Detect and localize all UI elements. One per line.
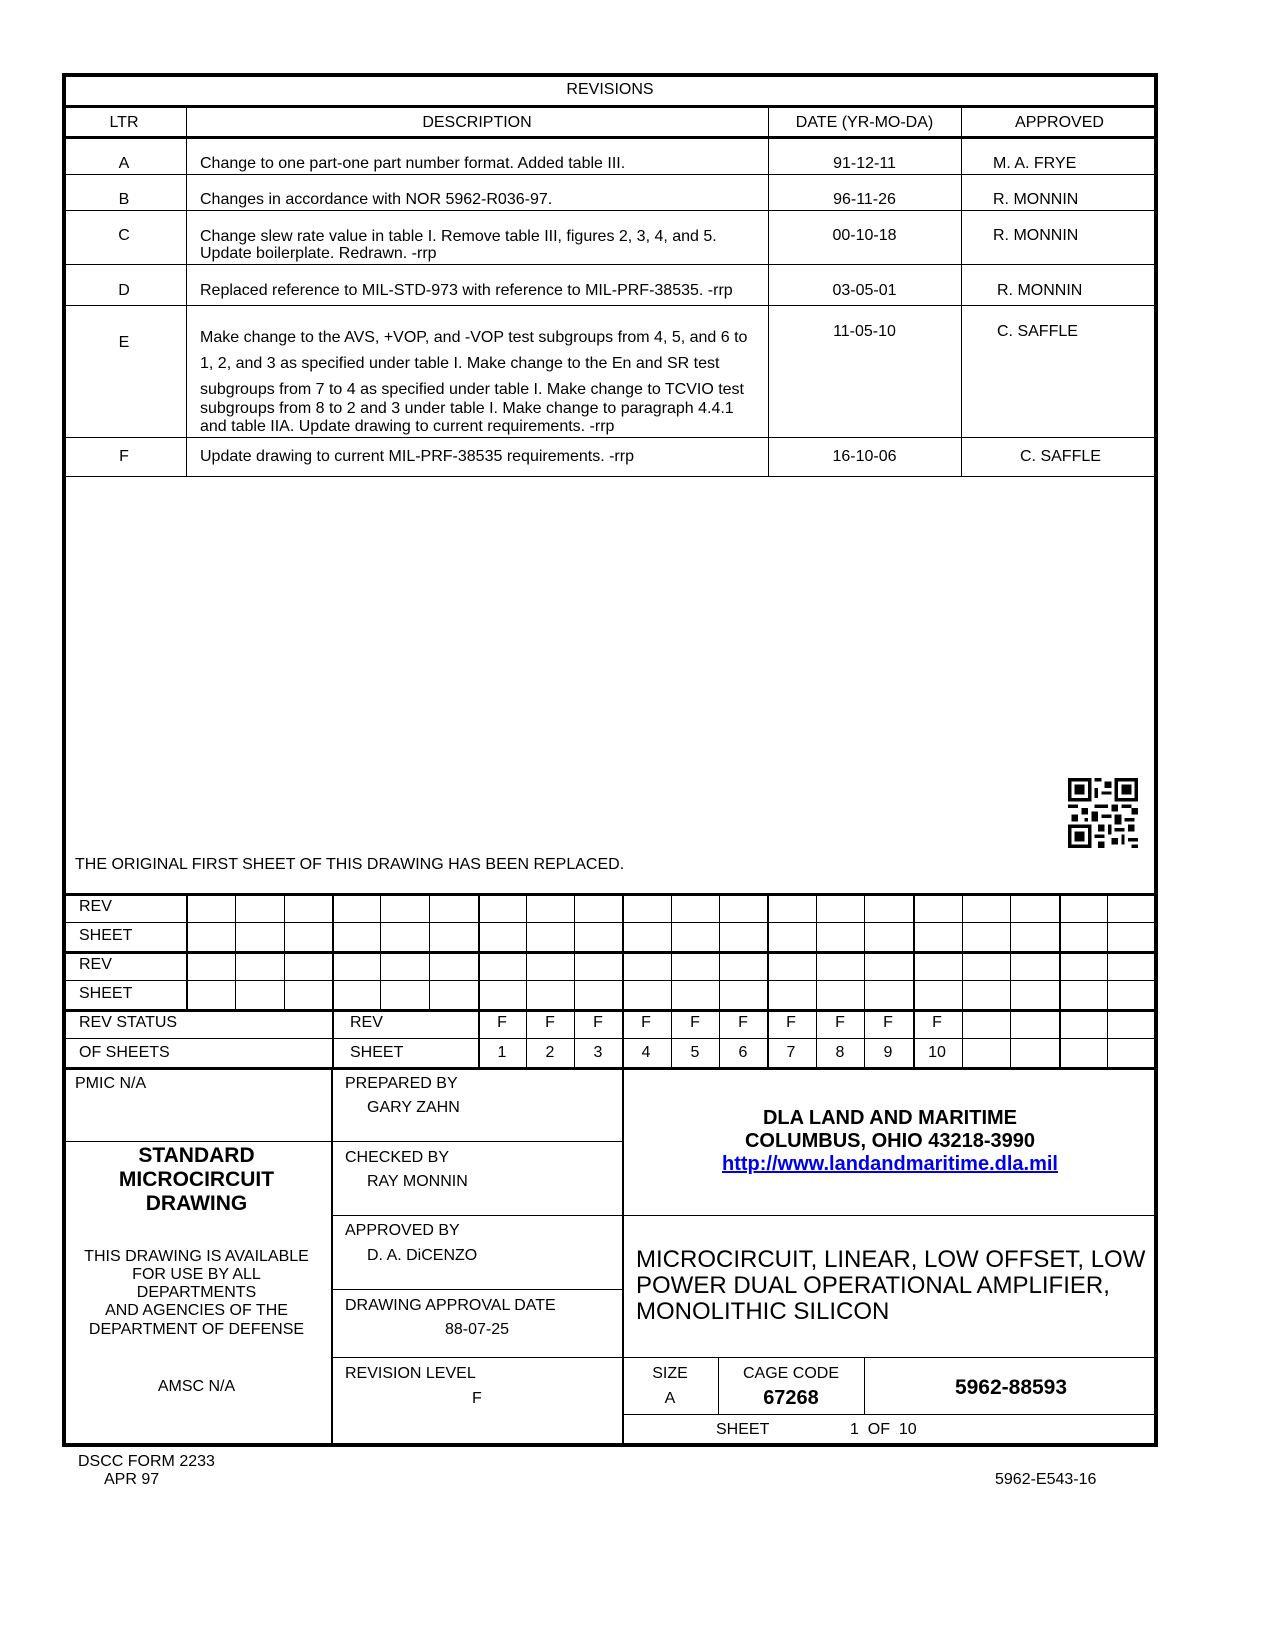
grid-line bbox=[1010, 893, 1011, 1009]
revision-approver: C. SAFFLE bbox=[997, 323, 1078, 341]
grid-line bbox=[574, 893, 575, 1009]
revision-date: 16-10-06 bbox=[768, 448, 961, 466]
grid-line bbox=[864, 893, 865, 1009]
revision-description: subgroups from 8 to 2 and 3 under table … bbox=[200, 400, 734, 418]
divider bbox=[62, 437, 1158, 438]
grid-line bbox=[622, 893, 624, 1009]
grid-line bbox=[1010, 1009, 1011, 1067]
sheet-rev-cell: F bbox=[816, 1014, 864, 1032]
grid-row-label: REV bbox=[79, 956, 112, 974]
revision-ltr: F bbox=[62, 448, 186, 466]
grid-line bbox=[1059, 893, 1061, 1009]
grid-line bbox=[1059, 1009, 1061, 1067]
divider bbox=[62, 264, 1158, 265]
revision-description: and table IIA. Update drawing to current… bbox=[200, 418, 614, 436]
revision-ltr: D bbox=[62, 282, 186, 300]
revision-approver: R. MONNIN bbox=[993, 191, 1078, 209]
org-address: COLUMBUS, OHIO 43218-3990 bbox=[622, 1130, 1158, 1153]
cage-code-value: 67268 bbox=[718, 1387, 864, 1409]
revision-approver: R. MONNIN bbox=[993, 227, 1078, 245]
size-label: SIZE bbox=[622, 1365, 718, 1383]
sheet-number-cell: 2 bbox=[526, 1044, 574, 1062]
form-date: APR 97 bbox=[104, 1471, 159, 1489]
divider bbox=[62, 210, 1158, 211]
divider bbox=[331, 1289, 622, 1290]
grid-row-label: REV bbox=[79, 898, 112, 916]
revision-description: Replaced reference to MIL-STD-973 with r… bbox=[200, 282, 733, 300]
grid-line bbox=[235, 893, 236, 1009]
grid-line bbox=[332, 1009, 334, 1067]
revision-level-value: F bbox=[472, 1390, 482, 1408]
qr-code-icon bbox=[1068, 778, 1138, 848]
revision-ltr: B bbox=[62, 191, 186, 209]
sheet-number-cell: 4 bbox=[622, 1044, 670, 1062]
grid-line bbox=[913, 893, 915, 1009]
divider bbox=[62, 174, 1158, 175]
sheet-rev-cell: F bbox=[526, 1014, 574, 1032]
checked-by-value: RAY MONNIN bbox=[367, 1173, 468, 1191]
revision-description: Update boilerplate. Redrawn. -rrp bbox=[200, 246, 437, 262]
drawing-frame bbox=[62, 73, 1158, 1447]
revision-description: Changes in accordance with NOR 5962-R036… bbox=[200, 191, 552, 209]
grid-line bbox=[62, 980, 1158, 981]
revision-date: 11-05-10 bbox=[768, 323, 961, 341]
sheet-number-cell: 9 bbox=[864, 1044, 912, 1062]
sheet-label: SHEET bbox=[350, 1044, 403, 1062]
revision-approver: C. SAFFLE bbox=[1020, 448, 1101, 466]
sheet-rev-cell: F bbox=[864, 1014, 912, 1032]
grid-line bbox=[62, 1009, 1158, 1012]
grid-line bbox=[962, 893, 963, 1009]
prepared-by-value: GARY ZAHN bbox=[367, 1099, 460, 1117]
revision-approver: M. A. FRYE bbox=[993, 155, 1076, 173]
sheet-label: SHEET bbox=[716, 1421, 769, 1439]
grid-line bbox=[429, 893, 430, 1009]
divider bbox=[961, 107, 962, 477]
sheet-rev-cell: F bbox=[719, 1014, 767, 1032]
approved-by-label: APPROVED BY bbox=[345, 1222, 460, 1240]
divider bbox=[62, 105, 1158, 108]
divider bbox=[331, 1357, 1158, 1358]
revision-level-label: REVISION LEVEL bbox=[345, 1365, 476, 1383]
standard-heading: MICROCIRCUIT bbox=[62, 1168, 331, 1192]
divider bbox=[186, 107, 187, 477]
revision-date: 00-10-18 bbox=[768, 227, 961, 245]
revisions-title: REVISIONS bbox=[62, 81, 1158, 99]
divider bbox=[622, 1414, 1158, 1415]
grid-line bbox=[719, 893, 720, 1009]
divider bbox=[62, 1141, 622, 1142]
revision-ltr: A bbox=[62, 155, 186, 173]
rev-status-label: REV STATUS bbox=[79, 1014, 177, 1032]
sheet-number-cell: 5 bbox=[671, 1044, 719, 1062]
grid-row-label: SHEET bbox=[79, 985, 132, 1003]
revision-approver: R. MONNIN bbox=[997, 282, 1082, 300]
grid-line bbox=[62, 893, 1158, 896]
pmic-label: PMIC N/A bbox=[75, 1075, 146, 1093]
revision-description: Change to one part-one part number forma… bbox=[200, 155, 625, 173]
revision-description: Change slew rate value in table I. Remov… bbox=[200, 228, 717, 246]
revision-description: Make change to the AVS, +VOP, and -VOP t… bbox=[200, 329, 747, 347]
grid-line bbox=[1107, 1009, 1108, 1067]
divider bbox=[331, 1068, 333, 1446]
grid-line bbox=[62, 922, 1158, 923]
sheet-rev-cell: F bbox=[478, 1014, 526, 1032]
sheet-rev-cell: F bbox=[913, 1014, 961, 1032]
grid-line bbox=[767, 893, 769, 1009]
header-ltr: LTR bbox=[62, 114, 186, 132]
sheet-number-cell: 10 bbox=[913, 1044, 961, 1062]
availability-note: AND AGENCIES OF THE bbox=[62, 1302, 331, 1320]
drawing-title: MICROCIRCUIT, LINEAR, LOW OFFSET, LOW bbox=[636, 1247, 1145, 1272]
grid-line bbox=[62, 951, 1158, 954]
sheet-rev-cell: F bbox=[671, 1014, 719, 1032]
sheet-number-cell: 3 bbox=[574, 1044, 622, 1062]
approval-date-value: 88-07-25 bbox=[445, 1321, 509, 1339]
checked-by-label: CHECKED BY bbox=[345, 1149, 449, 1167]
prepared-by-label: PREPARED BY bbox=[345, 1075, 458, 1093]
grid-line bbox=[478, 893, 480, 1009]
form-number: DSCC FORM 2233 bbox=[78, 1453, 215, 1471]
cage-code-label: CAGE CODE bbox=[718, 1365, 864, 1383]
grid-line bbox=[284, 893, 285, 1009]
of-sheets-label: OF SHEETS bbox=[79, 1044, 170, 1062]
availability-note: THIS DRAWING IS AVAILABLE bbox=[62, 1248, 331, 1266]
sheet-rev-cell: F bbox=[622, 1014, 670, 1032]
document-id: 5962-E543-16 bbox=[995, 1471, 1096, 1489]
drawing-title: POWER DUAL OPERATIONAL AMPLIFIER, bbox=[636, 1273, 1110, 1298]
revision-date: 96-11-26 bbox=[768, 191, 961, 209]
sheet-of-value: 1 OF 10 bbox=[850, 1421, 917, 1439]
replaced-notice: THE ORIGINAL FIRST SHEET OF THIS DRAWING… bbox=[75, 856, 624, 874]
grid-line bbox=[380, 893, 381, 1009]
sheet-number-cell: 8 bbox=[816, 1044, 864, 1062]
revision-date: 03-05-01 bbox=[768, 282, 961, 300]
org-url-link[interactable]: http://www.landandmaritime.dla.mil bbox=[622, 1153, 1158, 1176]
grid-row-label: SHEET bbox=[79, 927, 132, 945]
approval-date-label: DRAWING APPROVAL DATE bbox=[345, 1297, 556, 1315]
standard-heading: DRAWING bbox=[62, 1192, 331, 1216]
rev-label: REV bbox=[350, 1014, 383, 1032]
divider bbox=[62, 305, 1158, 306]
divider bbox=[62, 476, 1158, 477]
org-name: DLA LAND AND MARITIME bbox=[622, 1107, 1158, 1130]
header-description: DESCRIPTION bbox=[186, 114, 768, 132]
sheet-number-cell: 6 bbox=[719, 1044, 767, 1062]
grid-line bbox=[962, 1009, 963, 1067]
grid-line bbox=[816, 893, 817, 1009]
approved-by-value: D. A. DiCENZO bbox=[367, 1247, 477, 1265]
sheet-number-cell: 7 bbox=[767, 1044, 815, 1062]
grid-line bbox=[62, 1038, 1158, 1039]
header-date: DATE (YR-MO-DA) bbox=[768, 114, 961, 132]
grid-line bbox=[186, 893, 188, 1009]
revision-ltr: C bbox=[62, 227, 186, 245]
revision-description: 1, 2, and 3 as specified under table I. … bbox=[200, 355, 719, 373]
grid-line bbox=[332, 893, 334, 1009]
revision-date: 91-12-11 bbox=[768, 155, 961, 173]
grid-line bbox=[671, 893, 672, 1009]
grid-line bbox=[1107, 893, 1108, 1009]
header-approved: APPROVED bbox=[961, 114, 1158, 132]
revision-ltr: E bbox=[62, 334, 186, 352]
availability-note: FOR USE BY ALL bbox=[62, 1266, 331, 1284]
drawing-title: MONOLITHIC SILICON bbox=[636, 1299, 889, 1324]
standard-heading: STANDARD bbox=[62, 1144, 331, 1168]
availability-note: DEPARTMENTS bbox=[62, 1284, 331, 1302]
amsc-label: AMSC N/A bbox=[62, 1378, 331, 1396]
drawing-number: 5962-88593 bbox=[864, 1376, 1158, 1400]
sheet-rev-cell: F bbox=[767, 1014, 815, 1032]
sheet-rev-cell: F bbox=[574, 1014, 622, 1032]
divider bbox=[62, 136, 1158, 139]
revision-description: Update drawing to current MIL-PRF-38535 … bbox=[200, 448, 634, 466]
divider bbox=[62, 1067, 1158, 1070]
sheet-number-cell: 1 bbox=[478, 1044, 526, 1062]
size-value: A bbox=[622, 1390, 718, 1408]
revision-description: subgroups from 7 to 4 as specified under… bbox=[200, 381, 744, 399]
grid-line bbox=[526, 893, 527, 1009]
divider bbox=[331, 1215, 1158, 1216]
availability-note: DEPARTMENT OF DEFENSE bbox=[62, 1321, 331, 1339]
